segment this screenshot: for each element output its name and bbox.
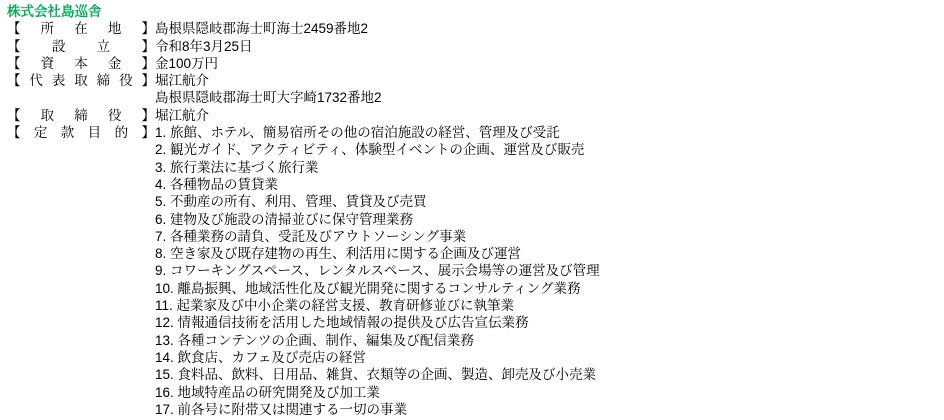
field-value-capital: 金100万円 bbox=[155, 55, 218, 72]
field-label-text: 定款目的 bbox=[21, 124, 142, 141]
field-label-text: 設立 bbox=[21, 38, 142, 55]
purpose-item: 9. コワーキングスペース、レンタルスペース、展示会場等の運営及び管理 bbox=[155, 262, 600, 279]
purpose-item: 8. 空き家及び既存建物の再生、利活用に関する企画及び運営 bbox=[155, 245, 600, 262]
field-value-address: 島根県隠岐郡海士町海士2459番地2 bbox=[155, 20, 368, 37]
purpose-item: 3. 旅行業法に基づく旅行業 bbox=[155, 159, 600, 176]
purpose-item: 5. 不動産の所有、利用、管理、賃貸及び売買 bbox=[155, 193, 600, 210]
purpose-item: 16. 地域特産品の研究開発及び加工業 bbox=[155, 384, 600, 401]
purpose-item: 4. 各種物品の賃貸業 bbox=[155, 176, 600, 193]
field-label-text: 資本金 bbox=[21, 55, 142, 72]
field-row-capital: 【資本金】 金100万円 bbox=[7, 55, 944, 72]
bracket-open: 【 bbox=[7, 20, 21, 37]
bracket-close: 】 bbox=[142, 38, 156, 55]
purpose-item: 2. 観光ガイド、アクティビティ、体験型イベントの企画、運営及び販売 bbox=[155, 141, 600, 158]
bracket-close: 】 bbox=[142, 20, 156, 37]
field-label-address: 【所在地】 bbox=[7, 20, 155, 37]
field-row-address: 【所在地】 島根県隠岐郡海士町海士2459番地2 bbox=[7, 20, 944, 37]
purpose-item: 7. 各種業務の請負、受託及びアウトソーシング事業 bbox=[155, 228, 600, 245]
bracket-open: 【 bbox=[7, 107, 21, 124]
field-row-purposes: 【定款目的】 1. 旅館、ホテル、簡易宿所その他の宿泊施設の経営、管理及び受託 … bbox=[7, 124, 944, 418]
bracket-close: 】 bbox=[142, 124, 156, 141]
purpose-item: 6. 建物及び施設の清掃並びに保守管理業務 bbox=[155, 211, 600, 228]
purpose-item: 12. 情報通信技術を活用した地域情報の提供及び広告宣伝業務 bbox=[155, 314, 600, 331]
field-label-director: 【取締役】 bbox=[7, 107, 155, 124]
purpose-item: 13. 各種コンテンツの企画、制作、編集及び配信業務 bbox=[155, 332, 600, 349]
bracket-close: 】 bbox=[142, 107, 156, 124]
bracket-open: 【 bbox=[7, 72, 21, 89]
bracket-open: 【 bbox=[7, 124, 21, 141]
bracket-close: 】 bbox=[142, 55, 156, 72]
purposes-list: 1. 旅館、ホテル、簡易宿所その他の宿泊施設の経営、管理及び受託 2. 観光ガイ… bbox=[155, 124, 600, 418]
field-row-representative-director: 【代表取締役】 堀江航介 島根県隠岐郡海士町大字崎1732番地2 bbox=[7, 72, 944, 107]
field-row-established: 【設立】 令和8年3月25日 bbox=[7, 38, 944, 55]
purpose-item: 1. 旅館、ホテル、簡易宿所その他の宿泊施設の経営、管理及び受託 bbox=[155, 124, 600, 141]
purpose-item: 10. 離島振興、地域活性化及び観光開発に関するコンサルティング業務 bbox=[155, 280, 600, 297]
company-registry-document: 株式会社島巡舎 【所在地】 島根県隠岐郡海士町海士2459番地2 【設立】 令和… bbox=[0, 0, 944, 420]
field-label-representative-director: 【代表取締役】 bbox=[7, 72, 155, 89]
representative-director-address: 島根県隠岐郡海士町大字崎1732番地2 bbox=[155, 89, 382, 106]
field-value-director: 堀江航介 bbox=[155, 107, 209, 124]
field-label-capital: 【資本金】 bbox=[7, 55, 155, 72]
field-row-director: 【取締役】 堀江航介 bbox=[7, 107, 944, 124]
bracket-open: 【 bbox=[7, 55, 21, 72]
representative-director-name: 堀江航介 bbox=[155, 72, 382, 89]
bracket-close: 】 bbox=[142, 72, 156, 89]
field-label-established: 【設立】 bbox=[7, 38, 155, 55]
bracket-open: 【 bbox=[7, 38, 21, 55]
purpose-item: 11. 起業家及び中小企業の経営支援、教育研修並びに執筆業 bbox=[155, 297, 600, 314]
field-label-purposes: 【定款目的】 bbox=[7, 124, 155, 141]
purpose-item: 14. 飲食店、カフェ及び売店の経営 bbox=[155, 349, 600, 366]
field-value-representative-director: 堀江航介 島根県隠岐郡海士町大字崎1732番地2 bbox=[155, 72, 382, 107]
purpose-item: 15. 食料品、飲料、日用品、雑貨、衣類等の企画、製造、卸売及び小売業 bbox=[155, 366, 600, 383]
field-value-established: 令和8年3月25日 bbox=[155, 38, 253, 55]
purpose-item: 17. 前各号に附帯又は関連する一切の事業 bbox=[155, 401, 600, 418]
field-label-text: 代表取締役 bbox=[21, 72, 142, 89]
company-name: 株式会社島巡舎 bbox=[7, 3, 944, 20]
field-label-text: 取締役 bbox=[21, 107, 142, 124]
field-label-text: 所在地 bbox=[21, 20, 142, 37]
